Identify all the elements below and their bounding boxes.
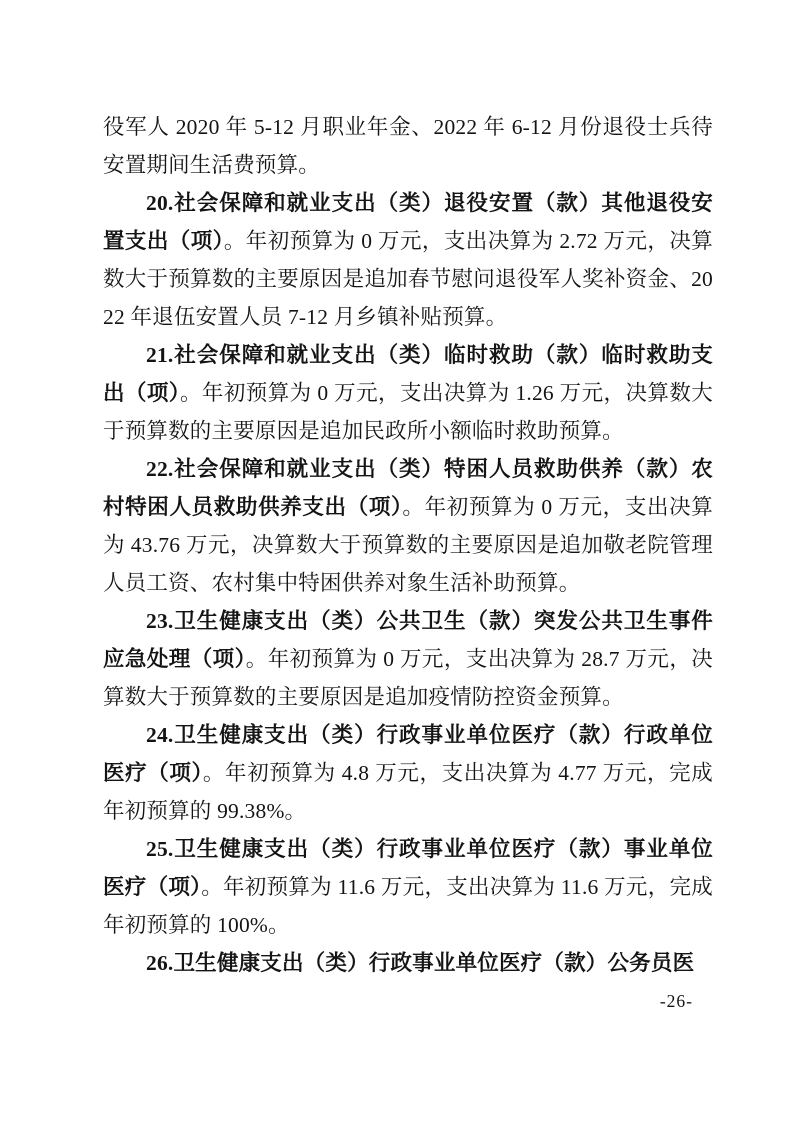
paragraph: 20.社会保障和就业支出（类）退役安置（款）其他退役安置支出（项）。年初预算为 … bbox=[103, 184, 713, 336]
document-page: 役军人 2020 年 5-12 月职业年金、2022 年 6-12 月份退役士兵… bbox=[0, 0, 793, 1122]
paragraph: 役军人 2020 年 5-12 月职业年金、2022 年 6-12 月份退役士兵… bbox=[103, 108, 713, 184]
page-body: 役军人 2020 年 5-12 月职业年金、2022 年 6-12 月份退役士兵… bbox=[103, 108, 713, 982]
paragraph-lead: 26.卫生健康支出（类）行政事业单位医疗（款）公务员医 bbox=[146, 951, 694, 975]
paragraph: 23.卫生健康支出（类）公共卫生（款）突发公共卫生事件应急处理（项）。年初预算为… bbox=[103, 602, 713, 716]
paragraph: 25.卫生健康支出（类）行政事业单位医疗（款）事业单位医疗（项）。年初预算为 1… bbox=[103, 830, 713, 944]
paragraph: 24.卫生健康支出（类）行政事业单位医疗（款）行政单位医疗（项）。年初预算为 4… bbox=[103, 716, 713, 830]
paragraph: 26.卫生健康支出（类）行政事业单位医疗（款）公务员医 bbox=[103, 944, 713, 982]
paragraph-body: 役军人 2020 年 5-12 月职业年金、2022 年 6-12 月份退役士兵… bbox=[103, 115, 713, 177]
page-number: -26- bbox=[103, 991, 713, 1012]
paragraph: 21.社会保障和就业支出（类）临时救助（款）临时救助支出（项）。年初预算为 0 … bbox=[103, 336, 713, 450]
paragraph-body: 。年初预算为 0 万元，支出决算为 1.26 万元，决算数大于预算数的主要原因是… bbox=[103, 381, 713, 443]
paragraph: 22.社会保障和就业支出（类）特困人员救助供养（款）农村特困人员救助供养支出（项… bbox=[103, 450, 713, 602]
